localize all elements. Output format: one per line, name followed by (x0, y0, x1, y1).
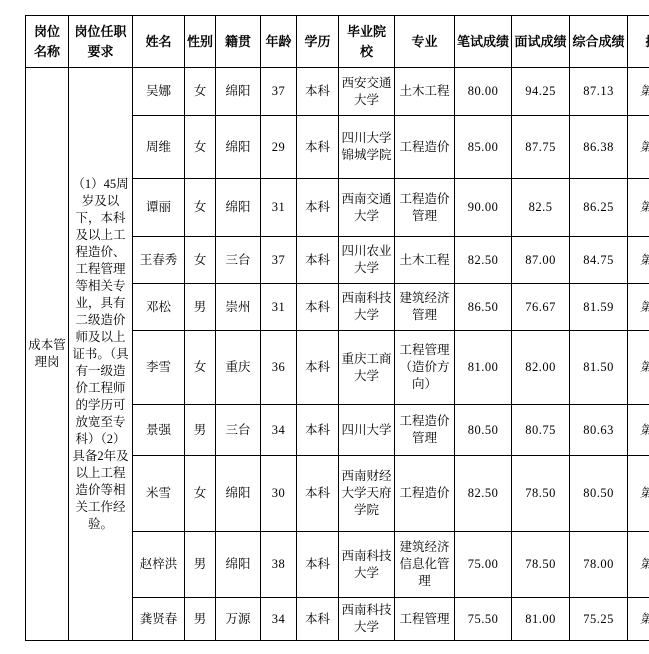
written-score-cell: 86.50 (455, 284, 512, 331)
rank-cell: 第七名 (628, 405, 649, 456)
age-cell: 31 (261, 284, 297, 331)
hometown-cell: 绵阳 (216, 456, 261, 532)
written-score-cell: 85.00 (455, 116, 512, 179)
interview-score-cell: 81.00 (512, 598, 570, 641)
rank-cell: 第九名 (628, 532, 649, 598)
overall-score-cell: 80.63 (570, 405, 628, 456)
gender-cell: 女 (185, 331, 216, 405)
age-cell: 37 (261, 68, 297, 116)
name-cell: 李雪 (133, 331, 185, 405)
hometown-cell: 绵阳 (216, 179, 261, 237)
written-score-cell: 80.50 (455, 405, 512, 456)
hometown-cell: 绵阳 (216, 532, 261, 598)
school-cell: 西安交通大学 (339, 68, 395, 116)
gender-cell: 男 (185, 598, 216, 641)
written-score-cell: 75.50 (455, 598, 512, 641)
hometown-cell: 三台 (216, 405, 261, 456)
education-cell: 本科 (297, 116, 339, 179)
overall-score-cell: 75.25 (570, 598, 628, 641)
interview-score-cell: 78.50 (512, 532, 570, 598)
major-cell: 工程造价 (395, 116, 455, 179)
header-rank: 排名 (628, 16, 649, 68)
header-written-score: 笔试成绩 (455, 16, 512, 68)
header-interview-score: 面试成绩 (512, 16, 570, 68)
age-cell: 34 (261, 405, 297, 456)
hometown-cell: 重庆 (216, 331, 261, 405)
rank-cell: 第六名 (628, 331, 649, 405)
overall-score-cell: 81.59 (570, 284, 628, 331)
education-cell: 本科 (297, 331, 339, 405)
name-cell: 赵梓洪 (133, 532, 185, 598)
rank-cell: 第二名 (628, 116, 649, 179)
gender-cell: 男 (185, 532, 216, 598)
header-education: 学历 (297, 16, 339, 68)
interview-score-cell: 87.00 (512, 237, 570, 284)
gender-cell: 男 (185, 405, 216, 456)
education-cell: 本科 (297, 284, 339, 331)
age-cell: 29 (261, 116, 297, 179)
major-cell: 工程管理 (395, 598, 455, 641)
school-cell: 四川大学 (339, 405, 395, 456)
hometown-cell: 崇州 (216, 284, 261, 331)
education-cell: 本科 (297, 179, 339, 237)
overall-score-cell: 81.50 (570, 331, 628, 405)
age-cell: 38 (261, 532, 297, 598)
header-school: 毕业院校 (339, 16, 395, 68)
name-cell: 周维 (133, 116, 185, 179)
major-cell: 工程管理（造价方向） (395, 331, 455, 405)
header-name: 姓名 (133, 16, 185, 68)
age-cell: 31 (261, 179, 297, 237)
name-cell: 米雪 (133, 456, 185, 532)
overall-score-cell: 86.25 (570, 179, 628, 237)
interview-score-cell: 76.67 (512, 284, 570, 331)
overall-score-cell: 80.50 (570, 456, 628, 532)
gender-cell: 女 (185, 237, 216, 284)
age-cell: 34 (261, 598, 297, 641)
major-cell: 工程造价管理 (395, 179, 455, 237)
major-cell: 工程造价管理 (395, 405, 455, 456)
gender-cell: 女 (185, 179, 216, 237)
header-position: 岗位名称 (26, 16, 69, 68)
interview-score-cell: 82.5 (512, 179, 570, 237)
overall-score-cell: 86.38 (570, 116, 628, 179)
rank-cell: 第八名 (628, 456, 649, 532)
name-cell: 龚贤春 (133, 598, 185, 641)
school-cell: 西南科技大学 (339, 598, 395, 641)
written-score-cell: 82.50 (455, 237, 512, 284)
interview-score-cell: 82.00 (512, 331, 570, 405)
requirements-cell: （1）45周岁及以下，本科及以上工程造价、工程管理等相关专业，具有二级造价师及以… (69, 68, 133, 641)
hometown-cell: 绵阳 (216, 116, 261, 179)
gender-cell: 女 (185, 68, 216, 116)
position-name-cell: 成本管理岗 (26, 68, 69, 641)
header-overall-score: 综合成绩 (570, 16, 628, 68)
major-cell: 工程造价 (395, 456, 455, 532)
gender-cell: 女 (185, 116, 216, 179)
written-score-cell: 90.00 (455, 179, 512, 237)
age-cell: 30 (261, 456, 297, 532)
written-score-cell: 81.00 (455, 331, 512, 405)
name-cell: 谭丽 (133, 179, 185, 237)
major-cell: 土木工程 (395, 68, 455, 116)
major-cell: 建筑经济管理 (395, 284, 455, 331)
interview-score-cell: 80.75 (512, 405, 570, 456)
major-cell: 建筑经济信息化管理 (395, 532, 455, 598)
school-cell: 四川大学锦城学院 (339, 116, 395, 179)
rank-cell: 第一名 (628, 68, 649, 116)
name-cell: 景强 (133, 405, 185, 456)
interview-score-cell: 94.25 (512, 68, 570, 116)
header-requirements: 岗位任职要求 (69, 16, 133, 68)
written-score-cell: 80.00 (455, 68, 512, 116)
rank-cell: 第十名 (628, 598, 649, 641)
education-cell: 本科 (297, 456, 339, 532)
major-cell: 土木工程 (395, 237, 455, 284)
school-cell: 重庆工商大学 (339, 331, 395, 405)
gender-cell: 男 (185, 284, 216, 331)
header-hometown: 籍贯 (216, 16, 261, 68)
education-cell: 本科 (297, 598, 339, 641)
school-cell: 西南财经大学天府学院 (339, 456, 395, 532)
header-major: 专业 (395, 16, 455, 68)
results-table: 岗位名称 岗位任职要求 姓名 性别 籍贯 年龄 学历 毕业院校 专业 笔试成绩 … (25, 15, 649, 641)
header-age: 年龄 (261, 16, 297, 68)
header-row: 岗位名称 岗位任职要求 姓名 性别 籍贯 年龄 学历 毕业院校 专业 笔试成绩 … (26, 16, 649, 68)
header-gender: 性别 (185, 16, 216, 68)
table-row: 成本管理岗 （1）45周岁及以下，本科及以上工程造价、工程管理等相关专业，具有二… (26, 68, 649, 116)
age-cell: 36 (261, 331, 297, 405)
overall-score-cell: 78.00 (570, 532, 628, 598)
hometown-cell: 三台 (216, 237, 261, 284)
name-cell: 邓松 (133, 284, 185, 331)
written-score-cell: 75.00 (455, 532, 512, 598)
interview-score-cell: 87.75 (512, 116, 570, 179)
overall-score-cell: 87.13 (570, 68, 628, 116)
school-cell: 西南科技大学 (339, 284, 395, 331)
interview-score-cell: 78.50 (512, 456, 570, 532)
education-cell: 本科 (297, 237, 339, 284)
gender-cell: 女 (185, 456, 216, 532)
age-cell: 37 (261, 237, 297, 284)
hometown-cell: 绵阳 (216, 68, 261, 116)
rank-cell: 第四名 (628, 237, 649, 284)
education-cell: 本科 (297, 405, 339, 456)
name-cell: 吴娜 (133, 68, 185, 116)
education-cell: 本科 (297, 532, 339, 598)
education-cell: 本科 (297, 68, 339, 116)
school-cell: 西南科技大学 (339, 532, 395, 598)
name-cell: 王春秀 (133, 237, 185, 284)
school-cell: 四川农业大学 (339, 237, 395, 284)
page: 岗位名称 岗位任职要求 姓名 性别 籍贯 年龄 学历 毕业院校 专业 笔试成绩 … (0, 0, 649, 654)
rank-cell: 第五名 (628, 284, 649, 331)
overall-score-cell: 84.75 (570, 237, 628, 284)
written-score-cell: 82.50 (455, 456, 512, 532)
hometown-cell: 万源 (216, 598, 261, 641)
rank-cell: 第三名 (628, 179, 649, 237)
school-cell: 西南交通大学 (339, 179, 395, 237)
